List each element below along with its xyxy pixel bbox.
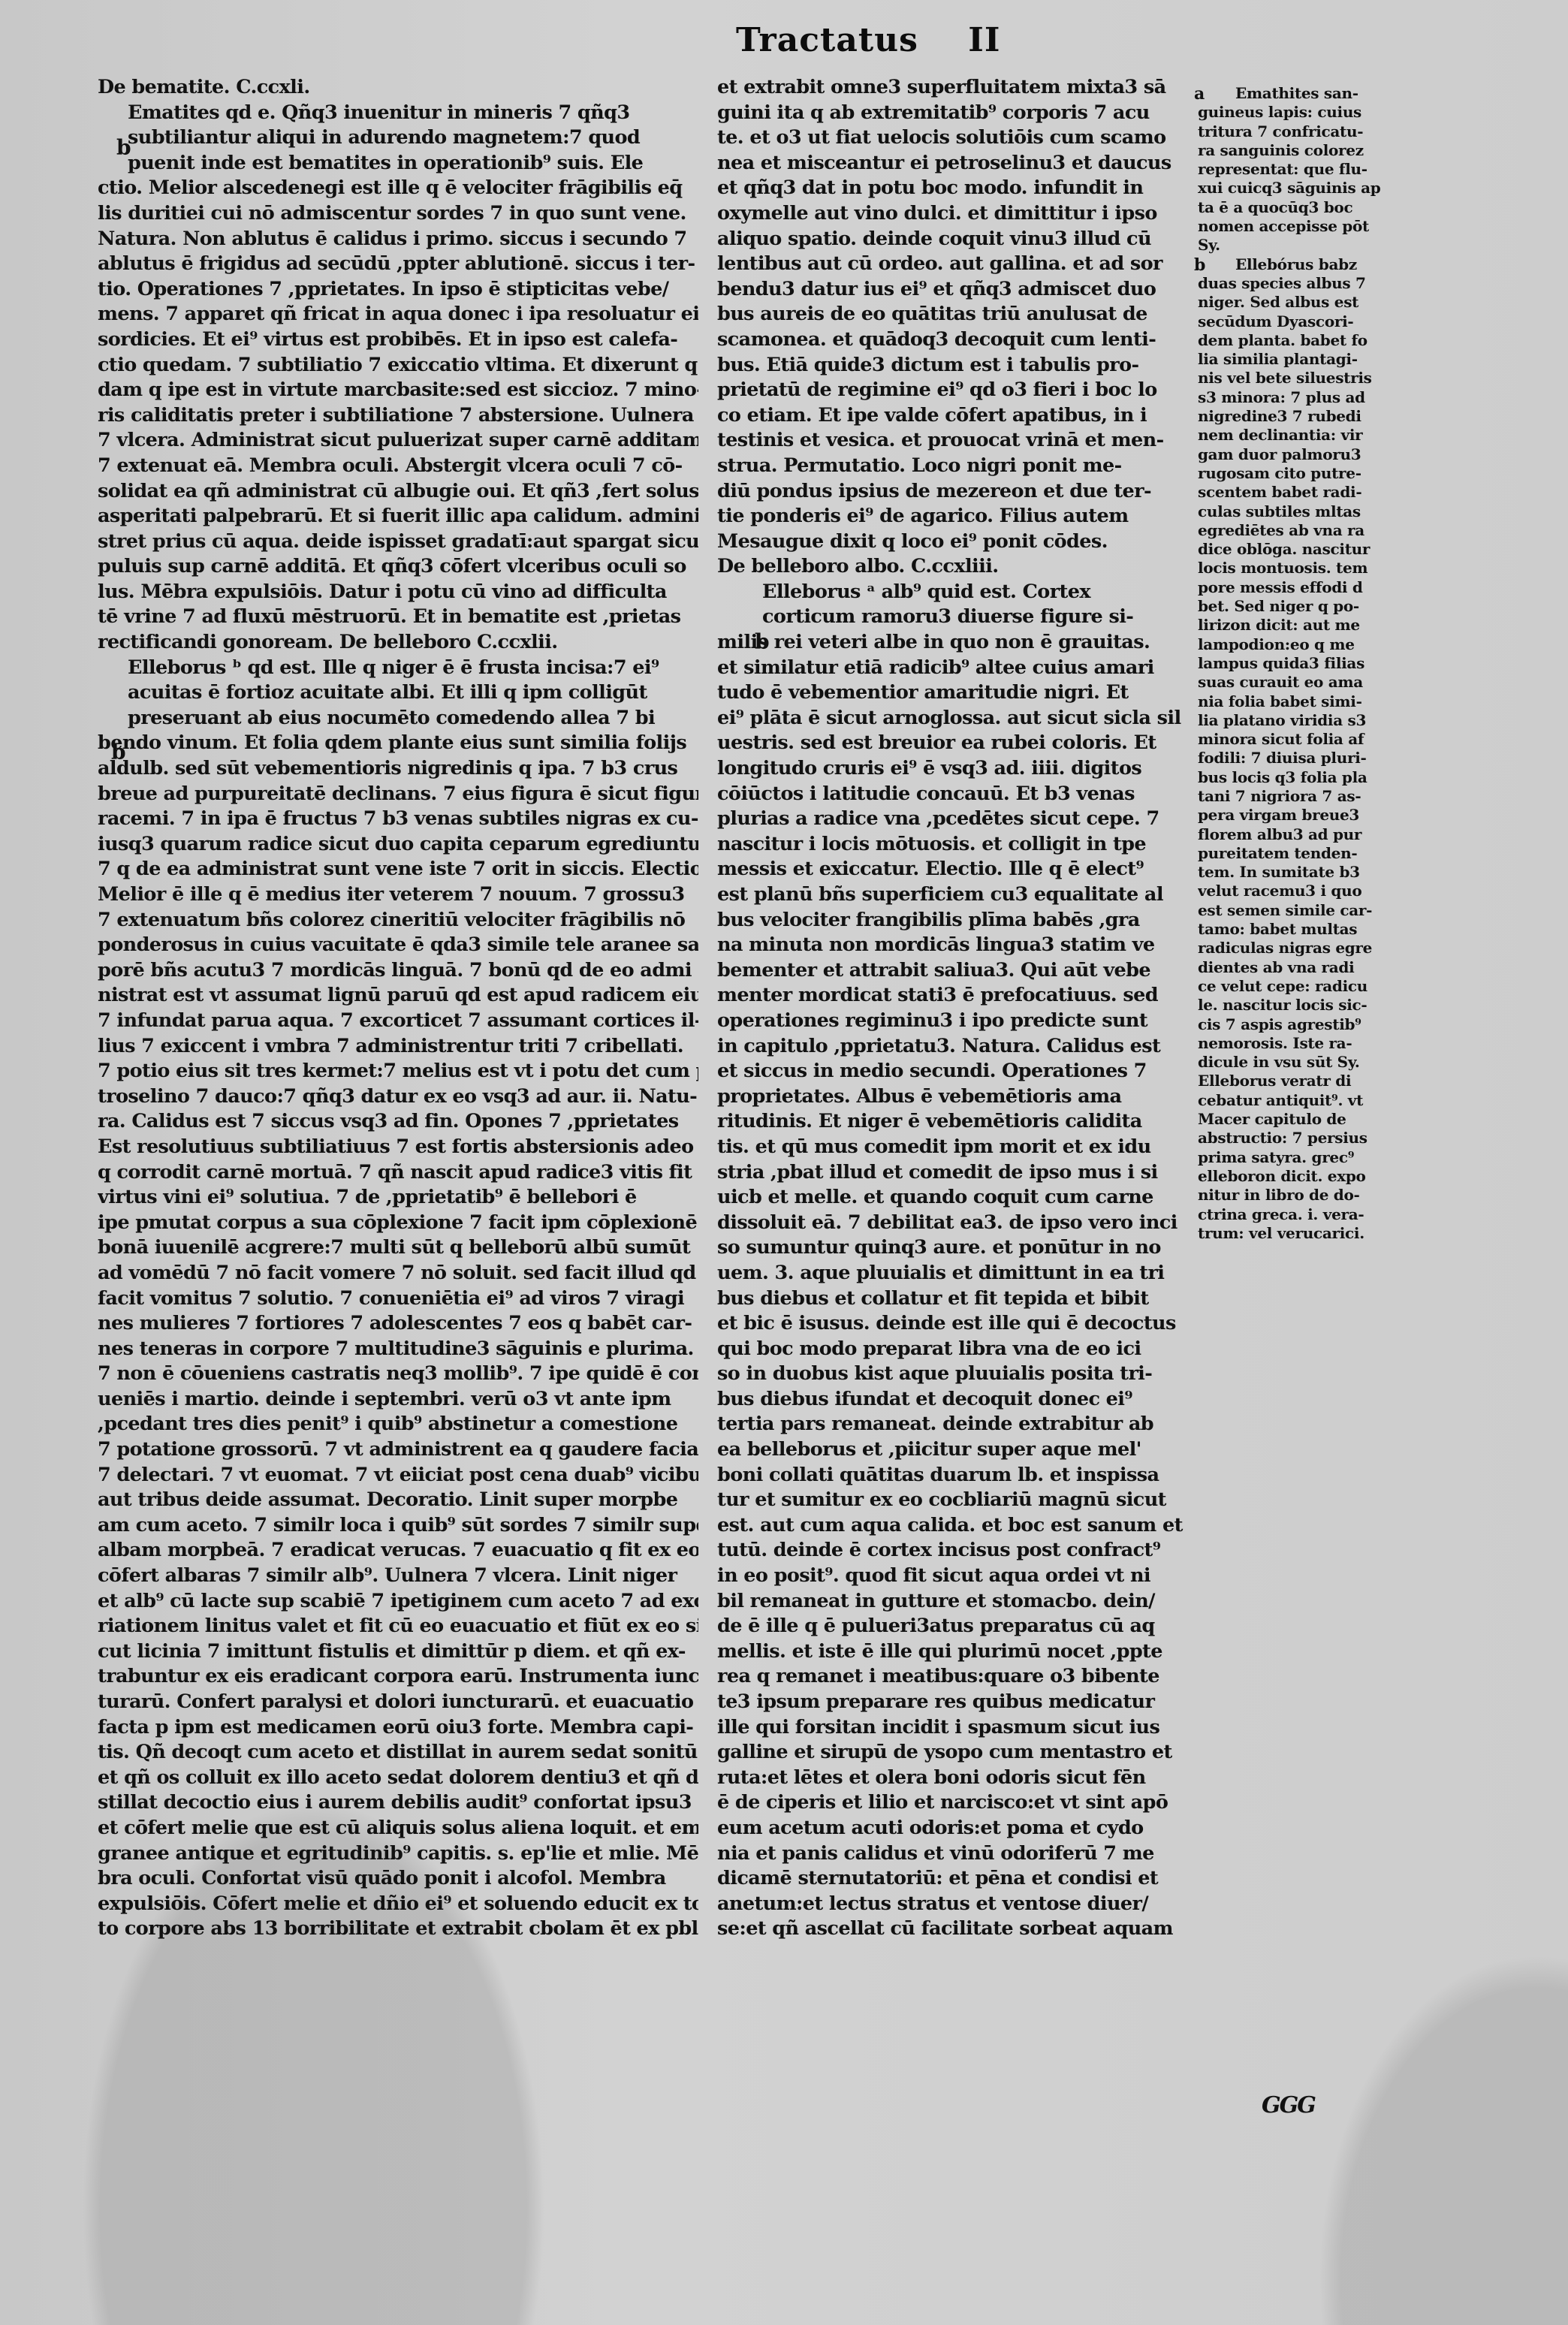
text-line: Elleborus ᵇ qd est. Ille q niger ē ē fru… [98, 656, 698, 681]
text-line: tani 7 nigriora 7 as- [1198, 787, 1408, 806]
text-line: riationem linitus valet et fit cū eo eua… [98, 1614, 698, 1639]
text-line: guineus lapis: cuius [1198, 103, 1408, 122]
text-line: dice oblōga. nascitur [1198, 540, 1408, 559]
text-line: est planū bñs superficiem cu3 equalitate… [717, 882, 1190, 908]
text-line: ctio quedam. 7 subtiliatio 7 exiccatio v… [98, 353, 698, 378]
text-line: nigredine3 7 rubedi [1198, 407, 1408, 426]
margin-marker-b: b [755, 629, 770, 654]
text-line: nea et misceantur ei petroselinu3 et dau… [717, 151, 1190, 176]
text-line: ille qui forsitan incidit i spasmum sicu… [717, 1715, 1190, 1741]
text-line: tem. In sumitate b3 [1198, 863, 1408, 882]
text-line: so sumuntur quinq3 aure. et ponūtur in n… [717, 1235, 1190, 1261]
running-head-number: II [968, 21, 1000, 59]
text-line: rugosam cito putre- [1198, 464, 1408, 483]
text-line: nia et panis calidus et vinū odoriferū 7… [717, 1841, 1190, 1867]
text-line: ta ē a quocūq3 boc [1198, 198, 1408, 217]
text-line: pera virgam breue3 [1198, 806, 1408, 825]
text-line: 7 potatione grossorū. 7 vt administrent … [98, 1437, 698, 1463]
text-line: tutū. deinde ē cortex incisus post confr… [717, 1538, 1190, 1564]
text-line: asperitati palpebrarū. Et si fuerit illi… [98, 504, 698, 529]
text-line: puluis sup carnē additā. Et qñq3 cōfert … [98, 554, 698, 580]
text-line: corticum ramoru3 diuerse figure si- [717, 605, 1190, 630]
text-line: ra. Calidus est 7 siccus vsq3 ad fin. Op… [98, 1109, 698, 1135]
text-line: nes teneras in corpore 7 multitudine3 sā… [98, 1337, 698, 1362]
text-line: lus. Mēbra expulsiōis. Datur i potu cū v… [98, 580, 698, 605]
text-line: albam morpbeā. 7 eradicat verucas. 7 eua… [98, 1538, 698, 1564]
text-line: preseruant ab eius nocumēto comedendo al… [98, 706, 698, 731]
text-line: to corpore abs 13 borribilitate et extra… [98, 1916, 698, 1942]
text-line: Natura. Non ablutus ē calidus i primo. s… [98, 227, 698, 252]
text-line: galline et sirupū de ysopo cum mentastro… [717, 1740, 1190, 1766]
text-line: elleboron dicit. expo [1198, 1167, 1408, 1186]
text-line: scamonea. et quādoq3 decoquit cum lenti- [717, 327, 1190, 353]
text-line: ueniēs i martio. deinde i septembri. ver… [98, 1387, 698, 1413]
text-line: tur et sumitur ex eo cocbliariū magnū si… [717, 1488, 1190, 1513]
text-line: locis montuosis. tem [1198, 559, 1408, 577]
text-line: ei⁹ plāta ē sicut arnoglossa. aut sicut … [717, 706, 1190, 731]
text-line: prima satyra. grec⁹ [1198, 1148, 1408, 1167]
text-line: milis rei veteri albe in quo non ē graui… [717, 630, 1190, 656]
text-line: bet. Sed niger q po- [1198, 597, 1408, 616]
text-line: nitur in libro de do- [1198, 1186, 1408, 1205]
left-text-column: De bematite. C.ccxli.Ematites qd e. Qñq3… [98, 75, 698, 1942]
text-line: diū pondus ipsius de mezereon et due ter… [717, 479, 1190, 505]
text-line: Est resolutiuus subtiliatiuus 7 est fort… [98, 1135, 698, 1160]
gloss-marker-a: a [1194, 84, 1205, 104]
text-line: bil remaneat in gutture et stomacbo. dei… [717, 1589, 1190, 1615]
text-line: bus. Etiā quide3 dictum est i tabulis pr… [717, 353, 1190, 378]
text-line: nia folia babet simi- [1198, 692, 1408, 711]
text-line: menter mordicat stati3 ē prefocatiuus. s… [717, 983, 1190, 1009]
text-line: aut tribus deide assumat. Decoratio. Lin… [98, 1488, 698, 1513]
text-line: iusq3 quarum radice sicut duo capita cep… [98, 832, 698, 858]
text-line: sordicies. Et ei⁹ virtus est probibēs. E… [98, 327, 698, 353]
text-line: oxymelle aut vino dulci. et dimittitur i… [717, 201, 1190, 227]
text-line: tertia pars remaneat. deinde extrabitur … [717, 1412, 1190, 1437]
text-line: niger. Sed albus est [1198, 293, 1408, 312]
text-line: facit vomitus 7 solutio. 7 conueniētia e… [98, 1286, 698, 1312]
text-line: guini ita q ab extremitatib⁹ corporis 7 … [717, 101, 1190, 126]
text-line: plurias a radice vna ,pcedētes sicut cep… [717, 807, 1190, 832]
marginal-gloss-column: Emathites san-guineus lapis: cuiustritur… [1198, 84, 1408, 1243]
text-line: et qñq3 dat in potu boc modo. infundit i… [717, 176, 1190, 201]
text-line: ce velut cepe: radicu [1198, 977, 1408, 996]
text-line: De bematite. C.ccxli. [98, 75, 698, 101]
text-line: ctrina greca. i. vera- [1198, 1205, 1408, 1224]
text-line: abstructio: 7 persius [1198, 1129, 1408, 1147]
text-line: bendo vinum. Et folia qdem plante eius s… [98, 731, 698, 756]
text-line: lirizon dicit: aut me [1198, 616, 1408, 635]
book-page: Tractatus II De bematite. C.ccxli.Ematit… [0, 0, 1568, 2325]
text-line: radiculas nigras egre [1198, 939, 1408, 957]
text-line: facta p ipm est medicamen eorū oiu3 fort… [98, 1715, 698, 1741]
text-line: nem declinantia: vir [1198, 426, 1408, 445]
text-line: te3 ipsum preparare res quibus medicatur [717, 1690, 1190, 1715]
text-line: minora sicut folia af [1198, 730, 1408, 749]
text-line: ,pcedant tres dies penit⁹ i quib⁹ abstin… [98, 1412, 698, 1437]
text-line: q corrodit carnē mortuā. 7 qñ nascit apu… [98, 1160, 698, 1186]
text-line: uestris. sed est breuior ea rubei colori… [717, 731, 1190, 756]
text-line: ctio. Melior alscedenegi est ille q ē ve… [98, 176, 698, 201]
text-line: bus diebus et collatur et fit tepida et … [717, 1286, 1190, 1312]
text-line: turarū. Confert paralysi et dolori iunct… [98, 1690, 698, 1715]
text-line: representat: que flu- [1198, 160, 1408, 179]
text-line: 7 vlcera. Administrat sicut puluerizat s… [98, 428, 698, 454]
text-line: 7 extenuat eā. Membra oculi. Abstergit v… [98, 454, 698, 479]
text-line: Melior ē ille q ē medius iter veterem 7 … [98, 882, 698, 908]
signature-mark: GGG [1262, 2092, 1315, 2118]
text-line: bendu3 datur ius ei⁹ et qñq3 admiscet du… [717, 277, 1190, 303]
text-line: so in duobus kist aque pluuialis posita … [717, 1362, 1190, 1387]
text-line: aldulb. sed sūt vebementioris nigredinis… [98, 756, 698, 782]
gloss-marker-b: b [1194, 255, 1205, 275]
text-line: bus velociter frangibilis plīma babēs ,g… [717, 908, 1190, 933]
text-line: troselino 7 dauco:7 qñq3 datur ex eo vsq… [98, 1084, 698, 1110]
text-line: 7 extenuatum bñs colorez cineritiū veloc… [98, 908, 698, 933]
text-line: granee antique et egritudinib⁹ capitis. … [98, 1841, 698, 1867]
text-line: na minuta non mordicās lingua3 statim ve [717, 933, 1190, 958]
text-line: expulsiōis. Cōfert melie et dñio ei⁹ et … [98, 1892, 698, 1917]
text-line: porē bñs acutu3 7 mordicās linguā. 7 bon… [98, 958, 698, 984]
text-line: le. nascitur locis sic- [1198, 996, 1408, 1015]
text-line: de ē ille q ē pulueri3atus preparatus cū… [717, 1614, 1190, 1639]
text-line: acuitas ē fortioz acuitate albi. Et illi… [98, 680, 698, 706]
text-line: testinis et vesica. et prouocat vrinā et… [717, 428, 1190, 454]
text-line: uem. 3. aque pluuialis et dimittunt in e… [717, 1261, 1190, 1286]
text-line: prietatū de regimine ei⁹ qd o3 fieri i b… [717, 378, 1190, 403]
text-line: lia similia plantagi- [1198, 350, 1408, 369]
text-line: lia platano viridia s3 [1198, 711, 1408, 730]
text-line: ad vomēdū 7 nō facit vomere 7 nō soluit.… [98, 1261, 698, 1286]
text-line: mellis. et iste ē ille qui plurimū nocet… [717, 1639, 1190, 1665]
text-line: Ellebórus babz [1198, 255, 1408, 274]
margin-marker-b: b [116, 135, 131, 160]
text-line: pureitatem tenden- [1198, 844, 1408, 863]
text-line: 7 infundat parua aqua. 7 excorticet 7 as… [98, 1009, 698, 1034]
text-line: Sy. [1198, 236, 1408, 255]
text-line: rea q remanet i meatibus:quare o3 bibent… [717, 1664, 1190, 1690]
text-line: 7 q de ea administrat sunt vene iste 7 o… [98, 857, 698, 882]
text-line: lis duritiei cui nō admiscentur sordes 7… [98, 201, 698, 227]
text-line: Mesaugue dixit q loco ei⁹ ponit cōdes. [717, 529, 1190, 555]
text-line: racemi. 7 in ipa ē fructus 7 b3 venas su… [98, 807, 698, 832]
text-line: et similatur etiā radicib⁹ altee cuius a… [717, 656, 1190, 681]
text-line: tamo: babet multas [1198, 920, 1408, 939]
text-line: suas curauit eo ama [1198, 673, 1408, 692]
text-line: uicb et melle. et quando coquit cum carn… [717, 1185, 1190, 1211]
text-line: stria ,pbat illud et comedit de ipso mus… [717, 1160, 1190, 1186]
middle-text-column: et extrabit omne3 superfluitatem mixta3 … [717, 75, 1190, 1942]
text-line: cut licinia 7 imittunt fistulis et dimit… [98, 1639, 698, 1665]
text-line: ē de ciperis et lilio et narcisco:et vt … [717, 1790, 1190, 1816]
text-line: bonā iuuenilē acgrere:7 multi sūt q bell… [98, 1235, 698, 1261]
text-line: est semen simile car- [1198, 901, 1408, 920]
text-line: duas species albus 7 [1198, 274, 1408, 293]
text-line: bus diebus ifundat et decoquit donec ei⁹ [717, 1387, 1190, 1413]
text-line: tie ponderis ei⁹ de agarico. Filius aute… [717, 504, 1190, 529]
text-line: Emathites san- [1198, 84, 1408, 103]
text-line: 7 delectari. 7 vt euomat. 7 vt eiiciat p… [98, 1463, 698, 1488]
text-line: proprietates. Albus ē vebemētioris ama [717, 1084, 1190, 1110]
text-line: bus aureis de eo quātitas triū anulusat … [717, 302, 1190, 327]
text-line: bus locis q3 folia pla [1198, 768, 1408, 787]
text-line: cebatur antiquit⁹. vt [1198, 1091, 1408, 1110]
text-line: ruta:et lētes et olera boni odoris sicut… [717, 1766, 1190, 1791]
text-line: lentibus aut cū ordeo. aut gallina. et a… [717, 252, 1190, 277]
text-line: ipe pmutat corpus a sua cōplexione 7 fac… [98, 1211, 698, 1236]
text-line: nascitur i locis mōtuosis. et colligit i… [717, 832, 1190, 858]
text-line: longitudo cruris ei⁹ ē vsq3 ad. iiii. di… [717, 756, 1190, 782]
text-line: dam q ipe est in virtute marcbasite:sed … [98, 378, 698, 403]
text-line: tio. Operationes 7 ,pprietates. In ipso … [98, 277, 698, 303]
text-line: mens. 7 apparet qñ fricat in aqua donec … [98, 302, 698, 327]
text-line: et cōfert melie que est cū aliquis solus… [98, 1816, 698, 1841]
text-line: trum: vel verucarici. [1198, 1224, 1408, 1243]
text-line: cōiūctos i latitudie concauū. Et b3 vena… [717, 782, 1190, 807]
text-line: et bic ē isusus. deinde est ille qui ē d… [717, 1311, 1190, 1337]
text-line: stillat decoctio eius i aurem debilis au… [98, 1790, 698, 1816]
text-line: nes mulieres 7 fortiores 7 adolescentes … [98, 1311, 698, 1337]
text-line: egrediētes ab vna ra [1198, 521, 1408, 540]
text-line: dicule in vsu sūt Sy. [1198, 1053, 1408, 1072]
text-line: qui boc modo preparat libra vna de eo ic… [717, 1337, 1190, 1362]
text-line: Elleborus veratr di [1198, 1072, 1408, 1090]
text-line: scentem babet radi- [1198, 483, 1408, 502]
text-line: tē vrine 7 ad fluxū mēstruorū. Et in bem… [98, 605, 698, 630]
text-line: trabuntur ex eis eradicant corpora earū.… [98, 1664, 698, 1690]
text-line: Elleborus ᵃ alb⁹ quid est. Cortex [717, 580, 1190, 605]
text-line: ablutus ē frigidus ad secūdū ,ppter ablu… [98, 252, 698, 277]
text-line: xui cuicq3 sāguinis ap [1198, 179, 1408, 198]
text-line: in eo posit⁹. quod fit sicut aqua ordei … [717, 1564, 1190, 1589]
text-line: et qñ os colluit ex illo aceto sedat dol… [98, 1766, 698, 1791]
text-line: florem albu3 ad pur [1198, 825, 1408, 844]
text-line: et extrabit omne3 superfluitatem mixta3 … [717, 75, 1190, 101]
text-line: 7 non ē cōueniens castratis neq3 mollib⁹… [98, 1362, 698, 1387]
text-line: te. et o3 ut fiat uelocis solutiōis cum … [717, 125, 1190, 151]
text-line: tis. et qū mus comedit ipm morit et ex i… [717, 1135, 1190, 1160]
text-line: culas subtiles mltas [1198, 502, 1408, 521]
text-line: cis 7 aspis agrestib⁹ [1198, 1015, 1408, 1034]
text-line: De belleboro albo. C.ccxliii. [717, 554, 1190, 580]
text-line: ponderosus in cuius vacuitate ē qda3 sim… [98, 933, 698, 958]
running-head-title: Tractatus [736, 21, 918, 59]
text-line: ea belleborus et ,piicitur super aque me… [717, 1437, 1190, 1463]
margin-marker-b: b [111, 740, 126, 764]
text-line: rectificandi gonoream. De belleboro C.cc… [98, 630, 698, 656]
text-line: eum acetum acuti odoris:et poma et cydo [717, 1816, 1190, 1841]
text-line: am cum aceto. 7 similr loca i quib⁹ sūt … [98, 1513, 698, 1539]
text-line: cōfert albaras 7 similr alb⁹. Uulnera 7 … [98, 1564, 698, 1589]
text-line: tritura 7 confricatu- [1198, 122, 1408, 141]
text-line: tudo ē vebementior amaritudie nigri. Et [717, 680, 1190, 706]
text-line: bra oculi. Confortat visū quādo ponit i … [98, 1866, 698, 1892]
text-line: in capitulo ,pprietatu3. Natura. Calidus… [717, 1034, 1190, 1060]
text-line: pore messis effodi d [1198, 578, 1408, 597]
text-line: nomen accepisse pōt [1198, 217, 1408, 236]
text-line: secūdum Dyascori- [1198, 312, 1408, 331]
text-line: strua. Permutatio. Loco nigri ponit me- [717, 454, 1190, 479]
text-line: dem planta. babet fo [1198, 331, 1408, 350]
text-line: ra sanguinis colorez [1198, 141, 1408, 160]
text-line: stret prius cū aqua. deide ispisset grad… [98, 529, 698, 555]
text-line: aliquo spatio. deinde coquit vinu3 illud… [717, 227, 1190, 252]
running-head: Tractatus II [736, 21, 1000, 59]
text-line: est. aut cum aqua calida. et boc est san… [717, 1513, 1190, 1539]
text-line: puenit inde est bematites in operationib… [98, 151, 698, 176]
text-line: boni collati quātitas duarum lb. et insp… [717, 1463, 1190, 1488]
text-line: nistrat est vt assumat lignū paruū qd es… [98, 983, 698, 1009]
text-line: virtus vini ei⁹ solutiua. 7 de ,pprietat… [98, 1185, 698, 1211]
text-line: nis vel bete siluestris [1198, 369, 1408, 387]
text-line: breue ad purpureitatē declinans. 7 eius … [98, 782, 698, 807]
text-line: bementer et attrabit saliua3. Qui aūt ve… [717, 958, 1190, 984]
text-line: operationes regiminu3 i ipo predicte sun… [717, 1009, 1190, 1034]
text-line: et alb⁹ cū lacte sup scabiē 7 ipetiginem… [98, 1589, 698, 1615]
text-line: lampus quida3 filias [1198, 654, 1408, 673]
text-line: tis. Qñ decoqt cum aceto et distillat in… [98, 1740, 698, 1766]
text-line: subtiliantur aliqui in adurendo magnetem… [98, 125, 698, 151]
text-line: gam duor palmoru3 [1198, 445, 1408, 464]
text-line: velut racemu3 i quo [1198, 882, 1408, 900]
text-line: et siccus in medio secundi. Operationes … [717, 1059, 1190, 1084]
text-line: lampodion:eo q me [1198, 635, 1408, 654]
text-line: ris caliditatis preter i subtiliatione 7… [98, 403, 698, 429]
text-line: s3 minora: 7 plus ad [1198, 388, 1408, 407]
text-line: lius 7 exiccent i vmbra 7 administrentur… [98, 1034, 698, 1060]
text-line: se:et qñ ascellat cū facilitate sorbeat … [717, 1916, 1190, 1942]
text-line: solidat ea qñ administrat cū albugie oui… [98, 479, 698, 505]
text-line: co etiam. Et ipe valde cōfert apatibus, … [717, 403, 1190, 429]
text-line: Ematites qd e. Qñq3 inuenitur in mineris… [98, 101, 698, 126]
text-line: fodili: 7 diuisa pluri- [1198, 749, 1408, 767]
text-line: anetum:et lectus stratus et ventose diue… [717, 1892, 1190, 1917]
text-line: messis et exiccatur. Electio. Ille q ē e… [717, 857, 1190, 882]
text-line: Macer capitulo de [1198, 1110, 1408, 1129]
text-line: 7 potio eius sit tres kermet:7 melius es… [98, 1059, 698, 1084]
text-line: dissoluit eā. 7 debilitat ea3. de ipso v… [717, 1211, 1190, 1236]
text-line: nemorosis. Iste ra- [1198, 1034, 1408, 1053]
text-line: ritudinis. Et niger ē vebemētioris calid… [717, 1109, 1190, 1135]
text-line: dicamē sternutatoriū: et pēna et condisi… [717, 1866, 1190, 1892]
text-line: dientes ab vna radi [1198, 958, 1408, 977]
